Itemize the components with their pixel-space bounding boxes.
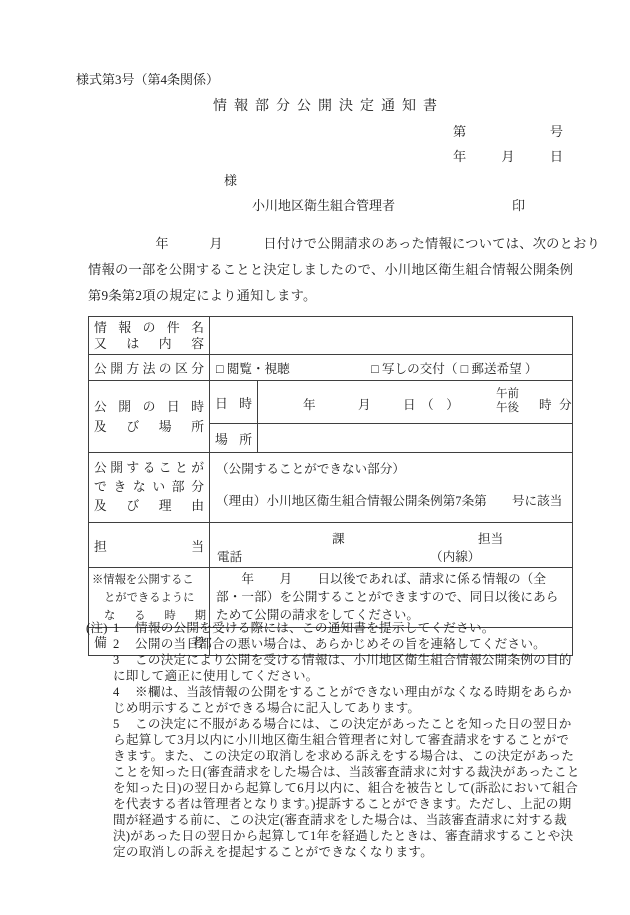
decision-table: 情報の件名 又は内容 公開方法の区分 □ 閲覧・視聴 □ 写しの交付（ □ 郵送… <box>88 316 573 656</box>
info-label-line1: 情報の件名 <box>94 320 204 336</box>
doc-number-line: 第 号 <box>453 121 563 140</box>
notes-heading: (注) <box>86 620 108 636</box>
note-number: 5 <box>113 716 126 732</box>
table-row-info: 情報の件名 又は内容 <box>89 317 573 355</box>
note-text: 情報の公開を受ける際には、この通知書を提示してください。 <box>135 621 495 635</box>
pm-label: 午後 <box>496 402 519 416</box>
table-row-release-period: ※情報を公開するこ とができるように なる時期 年 月 日以後であれば、請求に係… <box>89 568 573 628</box>
release-period-label-cell: ※情報を公開するこ とができるように なる時期 <box>89 568 210 628</box>
date-value-layout: 年 月 日 （ ） 午前 午後 時 分 <box>258 383 572 421</box>
info-value-cell <box>210 317 573 355</box>
seal-mark: 印 <box>512 195 525 214</box>
note-number: 1 <box>113 620 126 636</box>
datetime-place-label-cell: 公開の日時 及び場所 <box>89 381 210 453</box>
note-number: 2 <box>113 636 126 652</box>
date-sublabel: 日時 <box>215 393 252 412</box>
method-label-cell: 公開方法の区分 <box>89 355 210 381</box>
staff-tanto-label: 担当 <box>478 528 503 547</box>
staff-label-cell: 担当 <box>89 523 210 568</box>
place-sublabel: 場所 <box>215 429 252 448</box>
date-sublabel-cell: 日時 <box>210 381 258 424</box>
staff-value-cell: 課 担当 電話 （内線） <box>210 523 573 568</box>
nondisclosure-label-line3: 及び理由 <box>94 497 204 516</box>
body-line: 情報の一部を公開することと決定しましたので、小川地区衛生組合情報公開条例 <box>88 257 582 283</box>
issuer-name: 小川地区衛生組合管理者 <box>252 195 395 214</box>
note-item: 5この決定に不服がある場合には、この決定があったことを知った日の翌日から起算して… <box>86 716 580 860</box>
document-title: 情報部分公開決定通知書 <box>88 95 562 115</box>
addressee-honorific: 様 <box>224 170 237 189</box>
datetime-label-line2: 及び場所 <box>94 417 204 437</box>
issue-date-line: 年 月 日 <box>453 146 563 165</box>
nondisclosure-reason-line: （理由）小川地区衛生組合情報公開条例第7条第 号に該当 <box>216 490 566 509</box>
date-month-label: 月 <box>501 146 514 165</box>
place-value-cell <box>258 424 573 453</box>
table-row-staff: 担当 課 担当 電話 （内線） <box>89 523 573 568</box>
place-sublabel-cell: 場所 <box>210 424 258 453</box>
datetime-label-line1: 公開の日時 <box>94 397 204 417</box>
table-row-method: 公開方法の区分 □ 閲覧・視聴 □ 写しの交付（ □ 郵送希望 ） <box>89 355 573 381</box>
checkbox-copy-mail: □ 写しの交付（ □ 郵送希望 ） <box>371 362 537 376</box>
date-year: 年 <box>303 394 316 413</box>
nondisclosure-value-cell: （公開することができない部分） （理由）小川地区衛生組合情報公開条例第7条第 号… <box>210 453 573 523</box>
date-day-label: 日 <box>550 146 563 165</box>
note-text: この決定に不服がある場合には、この決定があったことを知った日の翌日から起算して3… <box>113 717 580 859</box>
table-row-nondisclosure: 公開することが できない部分 及び理由 （公開することができない部分） （理由）… <box>89 453 573 523</box>
note-text: 公開の当日都合の悪い場合は、あらかじめその旨を連絡してください。 <box>135 637 546 651</box>
body-line: 年 月 日付けで公開請求のあった情報については、次のとおり <box>88 231 582 257</box>
checkbox-view-listen: □ 閲覧・視聴 <box>216 358 368 377</box>
date-year-label: 年 <box>453 146 466 165</box>
staff-section-label: 課 <box>332 528 345 547</box>
doc-number-prefix: 第 <box>453 121 466 140</box>
note-item: 3この決定により公開を受ける情報は、小川地区衛生組合情報公開条例の目的に即して適… <box>86 652 580 684</box>
staff-value-layout: 課 担当 電話 （内線） <box>210 525 572 565</box>
info-label-cell: 情報の件名 又は内容 <box>89 317 210 355</box>
am-label: 午前 <box>496 388 519 402</box>
nondisclosure-part-line: （公開することができない部分） <box>216 458 566 477</box>
date-day: 日 <box>403 394 416 413</box>
note-number: 3 <box>113 652 126 668</box>
date-hour: 時 <box>539 394 552 413</box>
document-page: 様式第3号（第4条関係） 情報部分公開決定通知書 第 号 年 月 日 様 小川地… <box>0 0 630 915</box>
notes-section: (注) 1情報の公開を受ける際には、この通知書を提示してください。 2公開の当日… <box>86 620 580 860</box>
nondisclosure-label-line2: できない部分 <box>94 478 204 497</box>
body-paragraph: 年 月 日付けで公開請求のあった情報については、次のとおり 情報の一部を公開する… <box>88 231 582 309</box>
date-month: 月 <box>358 394 371 413</box>
note-item: 1情報の公開を受ける際には、この通知書を提示してください。 <box>86 620 580 636</box>
staff-tel-label: 電話 <box>217 546 242 565</box>
method-label: 公開方法の区分 <box>94 358 204 377</box>
date-minute: 分 <box>559 394 572 413</box>
release-period-label-line1: ※情報を公開するこ <box>92 571 206 589</box>
staff-label: 担当 <box>94 536 204 555</box>
release-period-text: 年 月 日以後であれば、請求に係る情報の（全部・一部）を公開することができますの… <box>210 568 573 628</box>
table-row-datetime: 公開の日時 及び場所 日時 年 月 日 （ ） 午前 午後 時 分 <box>89 381 573 424</box>
nondisclosure-label-cell: 公開することが できない部分 及び理由 <box>89 453 210 523</box>
note-item: 4※欄は、当該情報の公開をすることができない理由がなくなる時期をあらかじめ明示す… <box>86 684 580 716</box>
method-value-cell: □ 閲覧・視聴 □ 写しの交付（ □ 郵送希望 ） <box>210 355 573 381</box>
info-label-line2: 又は内容 <box>94 336 204 352</box>
date-value-cell: 年 月 日 （ ） 午前 午後 時 分 <box>258 381 573 424</box>
note-number: 4 <box>113 684 126 700</box>
date-weekday-paren: （ ） <box>421 394 459 413</box>
note-item: 2公開の当日都合の悪い場合は、あらかじめその旨を連絡してください。 <box>86 636 580 652</box>
form-number-label: 様式第3号（第4条関係） <box>76 69 219 88</box>
note-text: この決定により公開を受ける情報は、小川地区衛生組合情報公開条例の目的に即して適正… <box>113 653 572 683</box>
body-line: 第9条第2項の規定により通知します。 <box>88 283 582 309</box>
note-text: ※欄は、当該情報の公開をすることができない理由がなくなる時期をあらかじめ明示する… <box>113 685 572 715</box>
nondisclosure-label-line1: 公開することが <box>94 459 204 478</box>
doc-number-suffix: 号 <box>550 121 563 140</box>
release-period-label-line2: とができるように <box>92 589 206 607</box>
staff-ext-label: （内線） <box>430 546 480 565</box>
